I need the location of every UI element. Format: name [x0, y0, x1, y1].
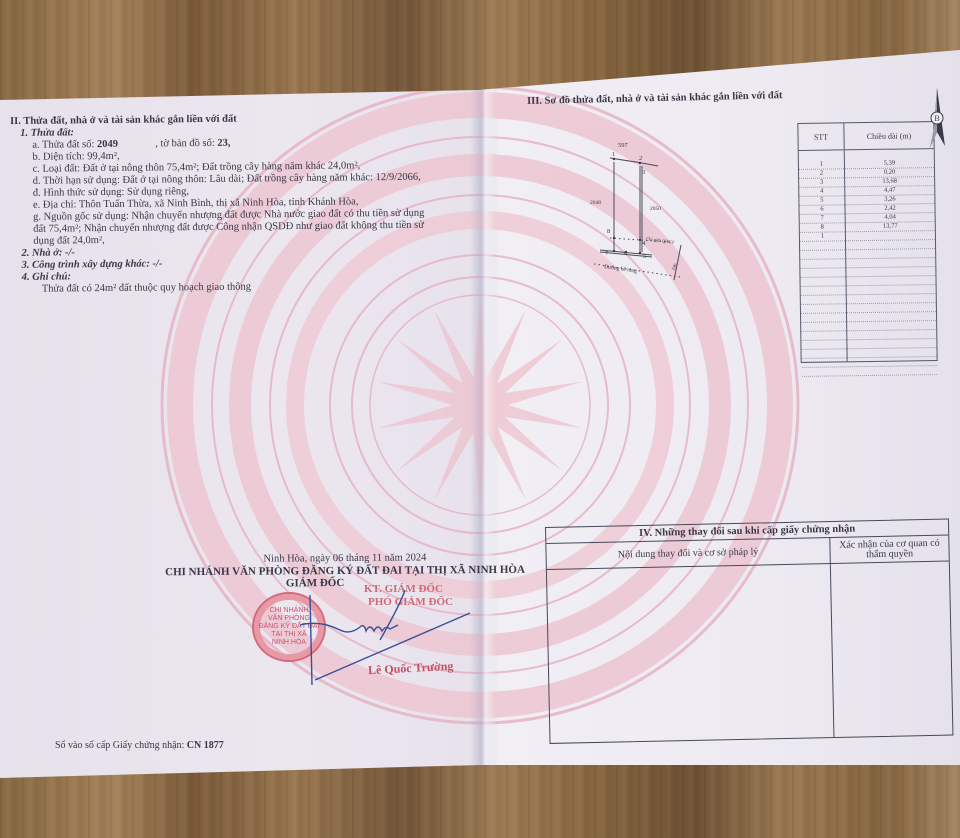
svg-text:5: 5	[643, 253, 646, 260]
map-sheet-value: 23,	[217, 138, 230, 149]
changes-after-issuance-table: IV. Những thay đổi sau khi cấp giấy chứn…	[545, 519, 953, 744]
segment-length-table-header: STT Chiều dài (m)	[798, 122, 933, 151]
svg-text:B: B	[934, 114, 939, 123]
length-header: Chiều dài (m)	[844, 122, 933, 149]
stt-cell	[802, 367, 847, 377]
authority-confirmation-header: Xác nhận của cơ quan có thẩm quyền	[830, 536, 948, 563]
handwritten-signature	[280, 585, 480, 695]
segment-length-table: STT Chiều dài (m) 123456781 5,390,2013,6…	[797, 121, 937, 363]
parcel-number-value: 2049	[97, 139, 118, 150]
svg-text:2: 2	[639, 155, 642, 162]
left-page-content: II. Thửa đất, nhà ở và tài sản khác gắn …	[10, 112, 425, 296]
parcel-number-label: a. Thửa đất số:	[32, 139, 94, 151]
stt-column: 123456781	[799, 150, 848, 362]
certificate-entry-value: CN 1877	[187, 740, 224, 751]
stt-header: STT	[798, 123, 844, 150]
change-content-cell	[547, 564, 835, 744]
svg-text:4: 4	[642, 240, 646, 247]
svg-text:2048: 2048	[590, 200, 601, 206]
svg-text:Đường bê tông: Đường bê tông	[604, 264, 638, 275]
map-sheet-label: , tờ bản đồ số:	[155, 138, 215, 150]
length-column: 5,390,2013,684,473,262,424,0413,77	[845, 149, 937, 361]
svg-text:597: 597	[618, 142, 629, 149]
certificate-entry-label: Số vào sổ cấp Giấy chứng nhận:	[55, 740, 184, 751]
certificate-entry: Số vào sổ cấp Giấy chứng nhận: CN 1877	[55, 740, 224, 752]
north-arrow-icon: B	[925, 88, 949, 152]
length-cell	[848, 366, 937, 376]
svg-text:6m: 6m	[672, 263, 678, 270]
authority-confirmation-cell	[831, 562, 953, 738]
svg-text:Chỉ giới QHGT: Chỉ giới QHGT	[646, 236, 675, 245]
parcel-diagram: 597 1 2 3 4 5 6 7 8 2048 2050 Chỉ giới Q…	[580, 130, 700, 295]
svg-text:8: 8	[607, 228, 610, 235]
issuing-agency: CHI NHÁNH VĂN PHÒNG ĐĂNG KÝ ĐẤT ĐAI TẠI …	[160, 564, 530, 579]
svg-text:2050: 2050	[650, 206, 661, 212]
svg-text:3: 3	[642, 169, 645, 176]
svg-text:1: 1	[612, 151, 615, 158]
